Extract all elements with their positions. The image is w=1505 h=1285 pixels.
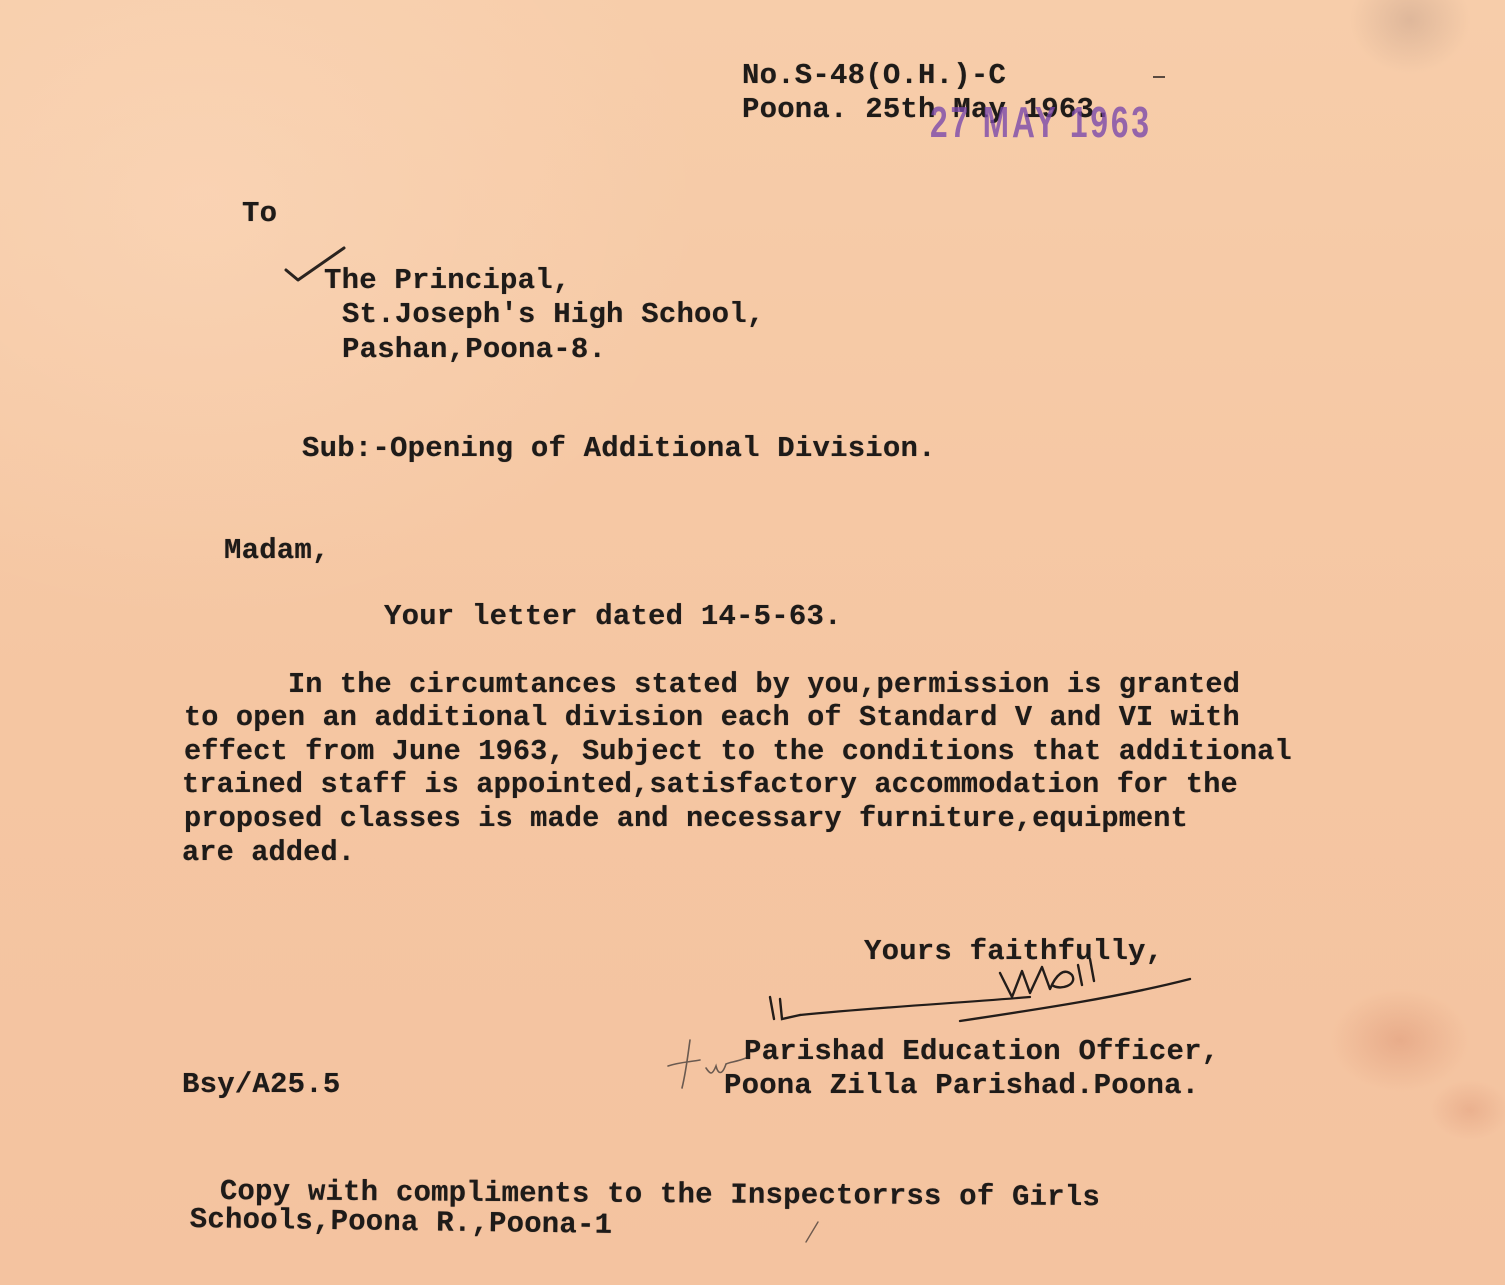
reference-number: No.S-48(O.H.)-C bbox=[742, 59, 1006, 93]
body-line-1: In the circumtances stated by you,permis… bbox=[288, 668, 1240, 702]
signatory-office: Poona Zilla Parishad.Poona. bbox=[724, 1069, 1199, 1103]
subject-line: Sub:-Opening of Additional Division. bbox=[302, 432, 936, 466]
pencil-stroke bbox=[802, 1220, 822, 1244]
reference-letter-line: Your letter dated 14-5-63. bbox=[384, 600, 842, 634]
copy-to-line-2: Schools,Poona R.,Poona-1 bbox=[190, 1203, 613, 1243]
closing: Yours faithfully, bbox=[864, 935, 1163, 969]
addressee-line-3: Pashan,Poona-8. bbox=[342, 333, 606, 367]
to-label: To bbox=[242, 197, 277, 231]
received-date-stamp: 27 MAY 1963 bbox=[930, 98, 1152, 148]
signatory-title: Parishad Education Officer, bbox=[744, 1035, 1219, 1069]
addressee-line-1: The Principal, bbox=[324, 264, 570, 298]
typist-reference: Bsy/A25.5 bbox=[182, 1068, 340, 1102]
body-line-2: to open an additional division each of S… bbox=[184, 701, 1240, 735]
addressee-line-2: St.Joseph's High School, bbox=[342, 298, 764, 332]
body-line-3: effect from June 1963, Subject to the co… bbox=[184, 735, 1292, 769]
body-line-6: are added. bbox=[182, 836, 355, 870]
margin-dash-mark bbox=[1153, 76, 1165, 78]
body-line-5: proposed classes is made and necessary f… bbox=[184, 802, 1188, 836]
body-line-4: trained staff is appointed,satisfactory … bbox=[182, 768, 1238, 802]
greeting: Madam, bbox=[224, 534, 330, 568]
